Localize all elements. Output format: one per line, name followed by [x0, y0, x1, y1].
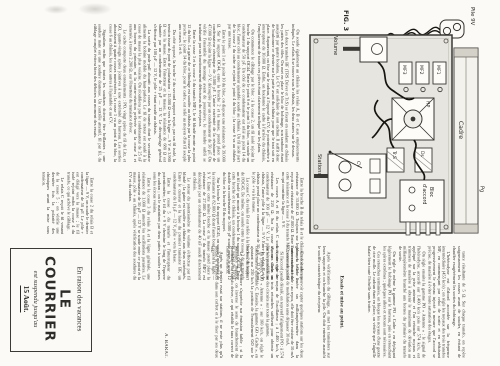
notice-line-2: est suspendu jusqu'au	[33, 271, 41, 328]
article-column-3-after-heading: Après vérification du câblage, on met le…	[311, 246, 331, 358]
paragraph: Si l'accord paraît décalé, on reprend l'…	[265, 246, 284, 358]
paragraph: On soude également au châssis les relais…	[291, 24, 300, 162]
article-column-2-narrow: Entre la cosse 2 du relais B et la ligne…	[10, 172, 94, 234]
ferrite-antenna-bar: Cadre	[454, 48, 478, 233]
section-heading: Essais et mise au point.	[333, 246, 344, 358]
notice-box-content: En raison des vacances LE COURRIER est s…	[13, 249, 91, 349]
author-signature-text: A. BARAT.	[163, 246, 168, 358]
paragraph: Le relais C reçoit le fil venant de la c…	[41, 172, 64, 234]
article-column-3-top: tance résultante de 5 Ω. Sur chaque tran…	[346, 246, 466, 358]
paragraph: Le cadre comporte deux enroulements : PO…	[108, 24, 127, 162]
paragraph: L'hétérodyne est d'abord accordée sur la…	[427, 246, 450, 358]
volume-label: Volume	[332, 36, 338, 55]
figure-caption: FIG. 3	[342, 10, 350, 31]
paragraph: Ces retouches terminées, on bloque les n…	[367, 246, 381, 358]
paragraph: Après vérification du câblage, on met le…	[317, 246, 331, 358]
scan-smudge	[44, 5, 68, 14]
scan-smudge	[78, 3, 112, 15]
paragraph: Entre la cosse 3 et la cosse 5 du transf…	[178, 24, 197, 162]
notice-title: LE COURRIER	[42, 249, 72, 349]
cadre-label: Cadre	[457, 121, 464, 139]
speaker-icon: HP	[392, 98, 434, 140]
notice-box: En raison des vacances LE COURRIER est s…	[10, 248, 92, 352]
paragraph: La sortie du push-pull aboutit aux cosse…	[128, 24, 151, 162]
scanned-page-frame: Cadre Pg Pile 9V	[0, 0, 500, 366]
paragraph: En premier, GO « Antenne » : sur 160 kc/…	[245, 246, 264, 358]
paragraph: Le volume sonore s'apprécie sur émission…	[225, 246, 244, 358]
section-heading-text: Essais et mise au point.	[339, 246, 344, 358]
paragraph: On règle ensuite la gamme PO « Antenne »…	[398, 246, 426, 358]
paragraph: Entre la cosse 3 du relais A et la ligne…	[128, 172, 151, 280]
pile-label: Pile 9V	[469, 7, 475, 26]
paragraph: On règle de même la gamme PO « Cadre » e…	[382, 246, 396, 358]
figure-wiring-diagram: Cadre Pg Pile 9V	[304, 2, 490, 246]
paragraph: Du côté opposé, la broche 2 du second su…	[153, 24, 176, 162]
paragraph: Après un dernier essai sur stations, il …	[210, 246, 224, 358]
magazine-scan-page: Cadre Pg Pile 9V	[0, 0, 500, 366]
stations-label: Stations	[316, 154, 322, 175]
paragraph: Entre la cosse 2 du relais B et la ligne…	[66, 172, 94, 234]
paragraph: tance résultante de 5 Ω. Sur chaque tran…	[452, 246, 466, 358]
mf-transformers: MF1 MF2 MF3	[399, 62, 446, 92]
article-column-3-mid: On doit alors pouvoir capter quelques st…	[170, 246, 304, 358]
notice-date: 15 Août.	[20, 286, 30, 313]
paragraph: Entre le point 1 et le point 10 du bloc,…	[198, 24, 226, 162]
pg-label: Pg	[479, 186, 485, 192]
paragraph: Signalons enfin que toutes les soudures …	[93, 24, 107, 162]
paragraph: On commence le câblage par le bloc : à l…	[227, 24, 255, 162]
author-signature: A. BARAT.	[158, 246, 168, 358]
article-column-1: On soude également au châssis les relais…	[8, 24, 300, 162]
notice-line-1: En raison des vacances	[75, 267, 83, 332]
paragraph: On doit alors pouvoir capter quelques st…	[285, 246, 304, 358]
paragraph: Les deux transfos BF (TRS Driver et Tr.S…	[257, 24, 290, 162]
